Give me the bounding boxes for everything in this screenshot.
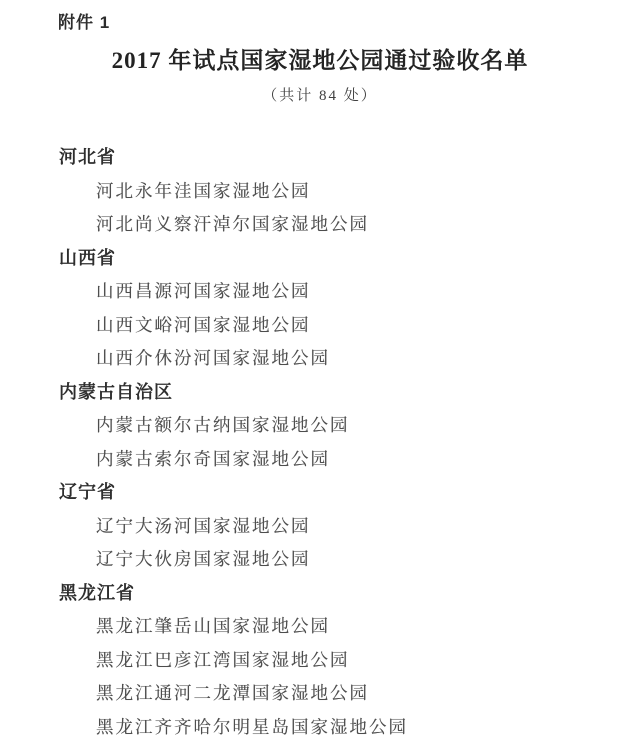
park-item: 山西文峪河国家湿地公园	[0, 309, 640, 343]
document-page: 附件 1 2017 年试点国家湿地公园通过验收名单 （共计 84 处） 河北省 …	[0, 0, 640, 755]
province-list: 河北省 河北永年洼国家湿地公园 河北尚义察汗淖尔国家湿地公园 山西省 山西昌源河…	[0, 141, 640, 744]
province-header-hebei: 河北省	[0, 141, 640, 175]
park-item: 河北永年洼国家湿地公园	[0, 175, 640, 209]
park-item: 辽宁大汤河国家湿地公园	[0, 510, 640, 544]
document-title: 2017 年试点国家湿地公园通过验收名单	[0, 42, 640, 75]
attachment-label: 附件 1	[58, 8, 110, 33]
park-item: 辽宁大伙房国家湿地公园	[0, 543, 640, 577]
park-item: 黑龙江齐齐哈尔明星岛国家湿地公园	[0, 711, 640, 745]
park-item: 山西介休汾河国家湿地公园	[0, 342, 640, 376]
park-item: 内蒙古额尔古纳国家湿地公园	[0, 409, 640, 443]
park-item: 黑龙江肇岳山国家湿地公园	[0, 610, 640, 644]
park-item: 内蒙古索尔奇国家湿地公园	[0, 443, 640, 477]
province-header-heilongjiang: 黑龙江省	[0, 577, 640, 611]
park-item: 黑龙江通河二龙潭国家湿地公园	[0, 677, 640, 711]
province-header-neimenggu: 内蒙古自治区	[0, 376, 640, 410]
park-item: 河北尚义察汗淖尔国家湿地公园	[0, 208, 640, 242]
park-item: 黑龙江巴彦江湾国家湿地公园	[0, 644, 640, 678]
province-header-shanxi: 山西省	[0, 242, 640, 276]
document-subtitle: （共计 84 处）	[0, 84, 640, 105]
province-header-liaoning: 辽宁省	[0, 476, 640, 510]
park-item: 山西昌源河国家湿地公园	[0, 275, 640, 309]
